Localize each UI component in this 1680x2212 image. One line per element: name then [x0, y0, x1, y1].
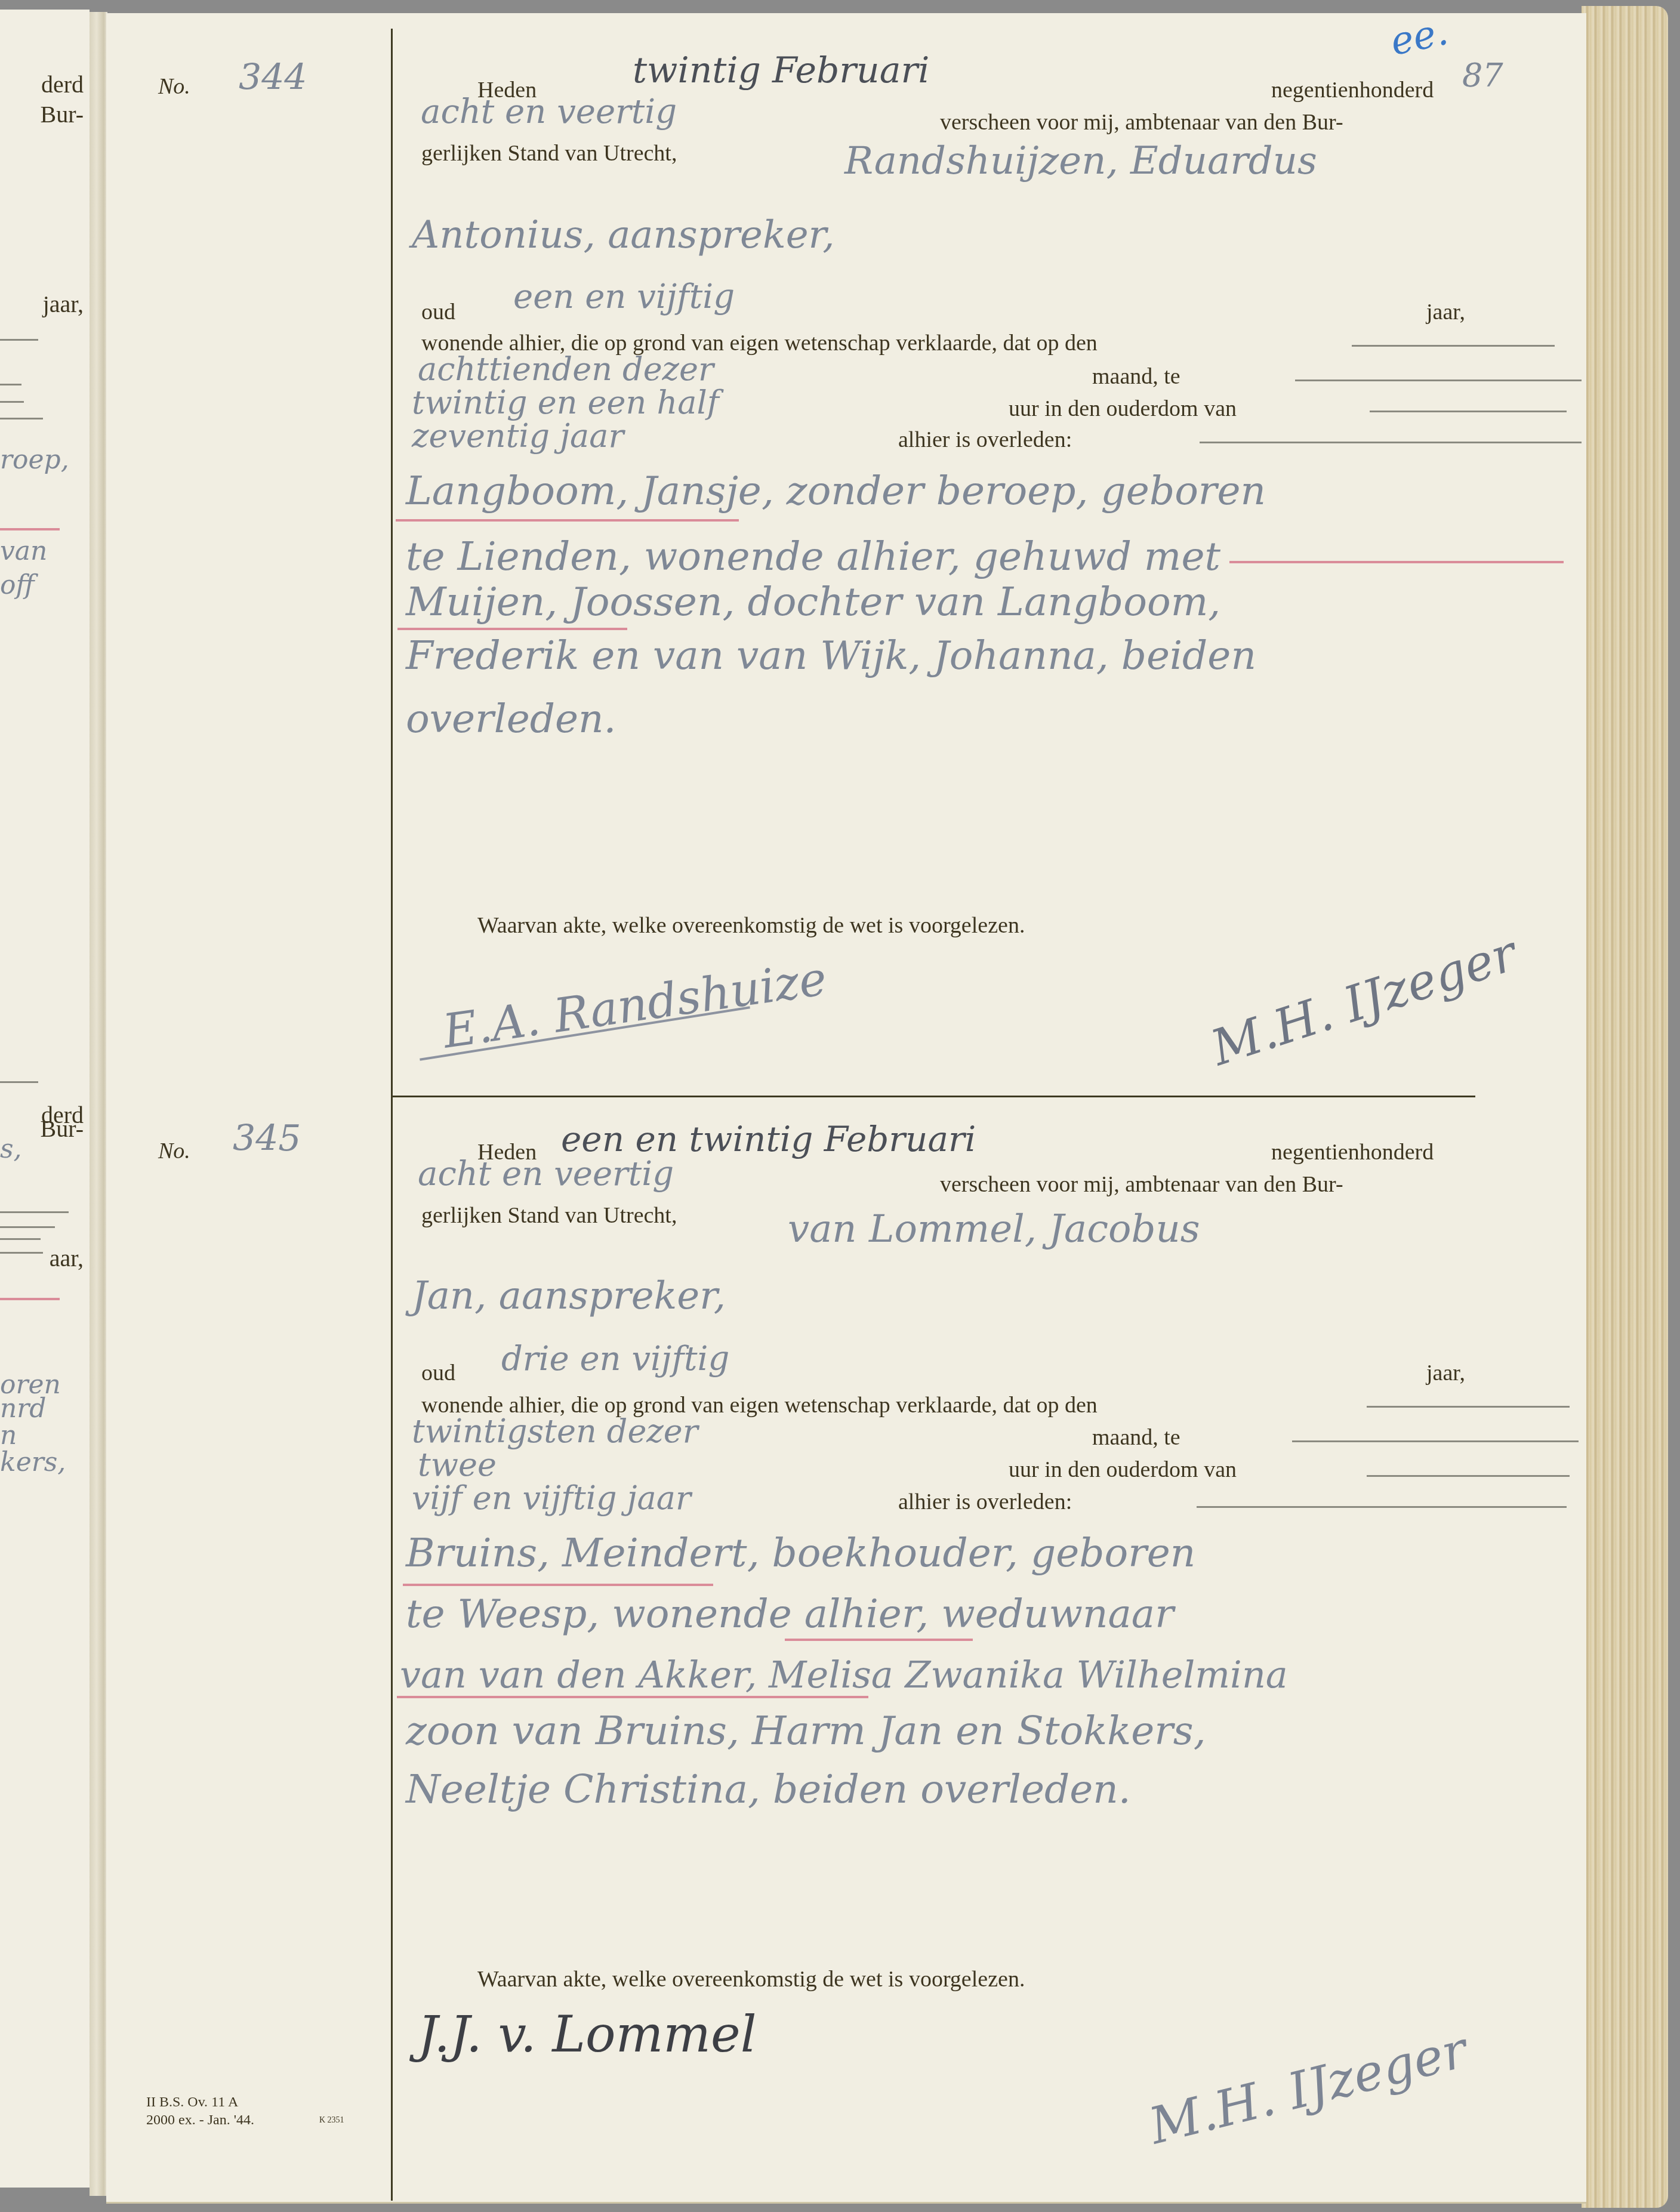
deceased-line: te Lienden, wonende alhier, gehuwd met: [406, 537, 1220, 576]
blank-line: [1367, 1406, 1570, 1408]
negentienhonderd-label: negentienhonderd: [1271, 79, 1434, 101]
left-fragment-hand: kers,: [0, 1447, 66, 1477]
left-fragment-hand: van: [0, 536, 47, 566]
page-number: 87: [1462, 60, 1503, 92]
deceased-line: Langboom, Jansje, zonder beroep, geboren: [406, 471, 1266, 511]
overleden-label: alhier is overleden:: [898, 1491, 1072, 1513]
left-fragment-hand: n: [0, 1420, 17, 1451]
waarvan-text: Waarvan akte, welke overeenkomstig de we…: [477, 914, 1025, 937]
deceased-line: Neeltje Christina, beiden overleden.: [406, 1770, 1131, 1809]
blank-line: [1197, 1506, 1567, 1508]
left-blank-line: [0, 339, 38, 341]
deceased-line: overleden.: [406, 699, 616, 739]
declarant-name: van Lommel, Jacobus: [788, 1210, 1200, 1248]
blank-line: [1370, 411, 1567, 412]
record-number: 345: [233, 1121, 301, 1156]
death-day: achttienden dezer: [418, 353, 714, 385]
deceased-line: Frederik en van van Wijk, Johanna, beide…: [406, 636, 1256, 675]
left-fragment: Bur-: [0, 100, 84, 128]
left-fragment-hand: roep,: [0, 445, 69, 475]
record-number: 344: [239, 60, 307, 95]
record-date: twintig Februari: [633, 53, 929, 88]
record-date: een en twintig Februari: [561, 1122, 976, 1156]
left-fragment-hand: s,: [0, 1134, 22, 1164]
record-separator: [392, 1096, 1475, 1097]
no-label: No.: [158, 1140, 190, 1162]
left-fragment-hand: nrd: [0, 1393, 47, 1424]
corner-mark: ee.: [1387, 13, 1451, 62]
gerlijken-text: gerlijken Stand van Utrecht,: [421, 1204, 677, 1227]
red-underline: [397, 628, 627, 630]
death-hour: twintig en een half: [412, 387, 719, 419]
deceased-line: van van den Akker, Melisa Zwanika Wilhel…: [400, 1656, 1288, 1693]
book-gutter: [90, 12, 107, 2196]
negentienhonderd-label: negentienhonderd: [1271, 1141, 1434, 1164]
deceased-line: te Weesp, wonende alhier, weduwnaar: [406, 1594, 1174, 1634]
deceased-line: Muijen, Joossen, dochter van Langboom,: [406, 582, 1220, 622]
left-blank-line: [0, 401, 24, 403]
gerlijken-text: gerlijken Stand van Utrecht,: [421, 142, 677, 165]
deceased-line: Bruins, Meindert, boekhouder, geboren: [406, 1534, 1195, 1573]
red-underline: [396, 519, 739, 522]
left-blank-line: [0, 418, 43, 419]
deceased-age: vijf en vijftig jaar: [412, 1482, 691, 1514]
left-blank-line: [0, 1211, 69, 1213]
declarant-age: een en vijftig: [513, 280, 735, 314]
jaar-label: jaar,: [1426, 1362, 1465, 1384]
red-underline: [0, 528, 60, 530]
declarant-name: Randshuijzen, Eduardus: [844, 142, 1317, 180]
verscheen-text: verscheen voor mij, ambtenaar van den Bu…: [940, 1173, 1343, 1196]
deceased-line: zoon van Bruins, Harm Jan en Stokkers,: [406, 1711, 1206, 1751]
blank-line: [1352, 345, 1555, 347]
left-fragment: derd: [0, 70, 84, 98]
left-fragment: jaar,: [0, 290, 84, 318]
blank-line: [1295, 380, 1582, 381]
declarant-name-cont: Antonius, aanspreker,: [412, 216, 835, 254]
declarant-name-cont: Jan, aanspreker,: [412, 1277, 726, 1315]
no-label: No.: [158, 75, 190, 98]
form-code: II B.S. Ov. 11 A: [146, 2094, 238, 2111]
margin-rule: [391, 29, 393, 2201]
waarvan-text: Waarvan akte, welke overeenkomstig de we…: [477, 1968, 1025, 1991]
left-fragment-hand: off: [0, 570, 35, 600]
declarant-age: drie en vijftig: [501, 1343, 729, 1376]
oud-label: oud: [421, 301, 455, 323]
deceased-age: zeventig jaar: [412, 420, 624, 452]
red-underline: [403, 1584, 713, 1586]
uur-label: uur in den ouderdom van: [1009, 1458, 1237, 1481]
overleden-label: alhier is overleden:: [898, 428, 1072, 451]
left-blank-line: [0, 1252, 43, 1254]
blank-line: [1367, 1475, 1570, 1477]
left-page-fragment: [0, 10, 90, 2188]
left-blank-line: [0, 1226, 55, 1228]
page-stack-edge: [1582, 6, 1668, 2208]
left-blank-line: [0, 1238, 41, 1240]
red-underline: [1229, 561, 1564, 563]
blank-line: [1292, 1440, 1579, 1442]
red-underline: [785, 1639, 973, 1641]
signature-declarant: J.J. v. Lommel: [418, 2005, 757, 2063]
left-blank-line: [0, 1081, 38, 1083]
left-fragment: aar,: [0, 1244, 84, 1272]
red-underline: [0, 1298, 60, 1300]
jaar-label: jaar,: [1426, 301, 1465, 323]
record-year: acht en veertig: [418, 1158, 674, 1191]
left-blank-line: [0, 384, 21, 385]
printer-code: K 2351: [319, 2116, 344, 2125]
maand-label: maand, te: [1092, 1426, 1180, 1449]
death-hour: twee: [418, 1449, 497, 1481]
uur-label: uur in den ouderdom van: [1009, 397, 1237, 420]
verscheen-text: verscheen voor mij, ambtenaar van den Bu…: [940, 111, 1343, 134]
red-underline: [397, 1696, 868, 1698]
oud-label: oud: [421, 1362, 455, 1384]
blank-line: [1200, 442, 1582, 443]
maand-label: maand, te: [1092, 365, 1180, 388]
print-run: 2000 ex. - Jan. '44.: [146, 2112, 254, 2128]
record-year: acht en veertig: [421, 95, 677, 129]
death-day: twintigsten dezer: [412, 1415, 698, 1448]
